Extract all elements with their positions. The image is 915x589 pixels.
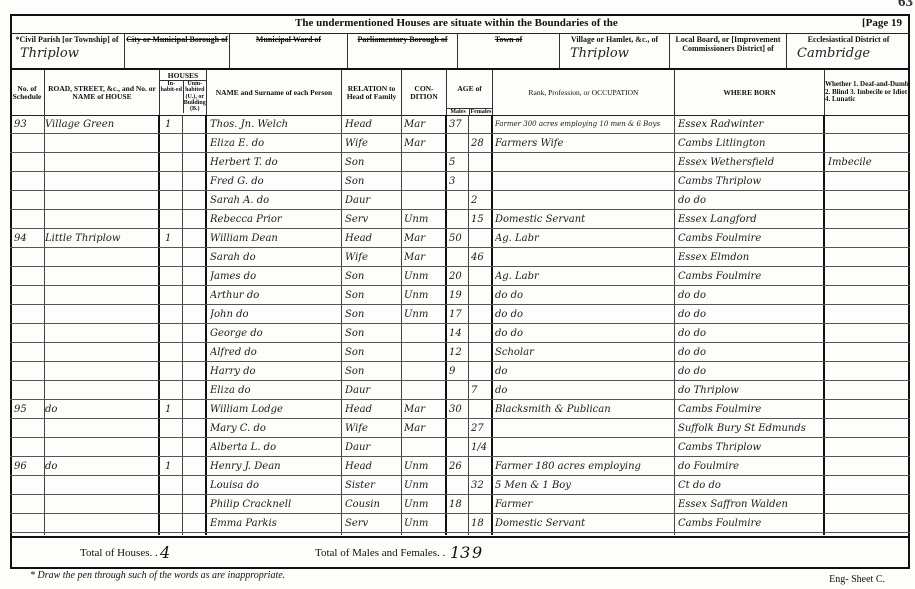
cell-infirm [828,382,908,399]
cell-schedule [14,344,44,361]
table-row: Mary C. doWifeMar27Suffolk Bury St Edmun… [10,419,910,438]
cell-born: Cambs Thriplow [678,173,824,190]
cell-female [471,363,492,380]
cell-name: Eliza E. do [210,135,340,152]
cell-relation: Son [345,363,401,380]
cell-inhab [165,420,181,437]
cell-inhab: 1 [165,401,181,418]
cell-condition: Unm [404,477,446,494]
cell-schedule [14,192,44,209]
header-age: AGE of Males Females [447,70,493,115]
cell-name: Alberta L. do [210,439,340,456]
cell-road [45,515,157,532]
cell-road [45,363,157,380]
cell-relation: Wife [345,135,401,152]
cell-schedule [14,211,44,228]
cell-schedule [14,173,44,190]
cell-inhab [165,211,181,228]
cell-born: Essex Elmdon [678,249,824,266]
cell-condition: Unm [404,268,446,285]
table-row: 94Little Thriplow1William DeanHeadMar50A… [10,229,910,248]
cell-male: 9 [449,363,468,380]
cell-born: do Foulmire [678,458,824,475]
table-row: Alfred doSon12Scholardo do [10,343,910,362]
cell-female: 28 [471,135,492,152]
cell-born: do Thriplow [678,382,824,399]
cell-relation: Head [345,116,401,133]
cell-name: Emma Parkis [210,515,340,532]
table-row: Emma ParkisServUnm18Domestic ServantCamb… [10,514,910,533]
table-row: Alberta L. doDaur1/4Cambs Thriplow [10,438,910,457]
cell-condition: Mar [404,401,446,418]
cell-born: Essex Radwinter [678,116,824,133]
cell-road [45,249,157,266]
cell-occupation: Scholar [495,344,673,361]
cell-schedule [14,287,44,304]
cell-infirm [828,344,908,361]
cell-female: 15 [471,211,492,228]
cell-road [45,135,157,152]
total-males-value: 13 [450,543,470,562]
town: Town of [458,33,560,69]
cell-road [45,344,157,361]
cell-name: William Dean [210,230,340,247]
cell-relation: Daur [345,382,401,399]
cell-relation: Wife [345,420,401,437]
cell-infirm [828,192,908,209]
cell-condition: Unm [404,287,446,304]
cell-name: James do [210,268,340,285]
cell-schedule [14,154,44,171]
cell-road [45,439,157,456]
cell-male: 19 [449,287,468,304]
cell-name: Sarah do [210,249,340,266]
banner: The undermentioned Houses are situate wi… [10,14,910,34]
cell-road [45,268,157,285]
cell-relation: Son [345,306,401,323]
cell-occupation [495,173,673,190]
cell-condition: Mar [404,420,446,437]
cell-female [471,458,492,475]
cell-male [449,515,468,532]
cell-relation: Daur [345,192,401,209]
cell-occupation [495,249,673,266]
cell-relation: Serv [345,211,401,228]
cell-name: Mary C. do [210,420,340,437]
cell-female: 32 [471,477,492,494]
cell-inhab [165,363,181,380]
cell-relation: Daur [345,439,401,456]
cell-condition [404,439,446,456]
cell-male: 26 [449,458,468,475]
cell-schedule [14,363,44,380]
census-page: 63 The undermentioned Houses are situate… [0,0,915,589]
cell-female [471,154,492,171]
cell-occupation: Domestic Servant [495,211,673,228]
cell-born: Cambs Thriplow [678,439,824,456]
cell-occupation: Blacksmith & Publican [495,401,673,418]
cell-infirm [828,230,908,247]
total-females-value: 9 [472,543,482,562]
cell-infirm [828,135,908,152]
cell-born: do do [678,325,824,342]
total-houses-value: 4 [160,543,170,562]
cell-occupation: Ag. Labr [495,268,673,285]
total-houses-label: Total of Houses. . [80,547,158,559]
table-row: Harry doSon9dodo do [10,362,910,381]
header-road: ROAD, STREET, &c., and No. or NAME of HO… [45,70,160,115]
cell-male: 14 [449,325,468,342]
footnote: * Draw the pen through such of the words… [30,570,285,581]
cell-schedule [14,249,44,266]
cell-road: Village Green [45,116,157,133]
cell-schedule [14,420,44,437]
cell-infirm [828,496,908,513]
cell-male: 5 [449,154,468,171]
cell-female [471,116,492,133]
parliamentary-borough: Parliamentary Borough of [348,33,458,69]
cell-relation: Wife [345,249,401,266]
cell-female: 27 [471,420,492,437]
cell-condition [404,173,446,190]
local-board: Local Board, or [Improvement Commissione… [670,33,787,69]
cell-relation: Son [345,173,401,190]
cell-inhab [165,325,181,342]
cell-occupation: Farmer 180 acres employing [495,458,673,475]
cell-inhab [165,154,181,171]
cell-condition [404,192,446,209]
village-hamlet: Village or Hamlet, &c., of Thriplow [560,33,670,69]
cell-relation: Sister [345,477,401,494]
cell-name: Philip Cracknell [210,496,340,513]
cell-occupation: Ag. Labr [495,230,673,247]
cell-condition: Unm [404,515,446,532]
table-row: Sarah doWifeMar46Essex Elmdon [10,248,910,267]
cell-infirm [828,439,908,456]
cell-relation: Head [345,401,401,418]
table-row: 95do1William LodgeHeadMar30Blacksmith & … [10,400,910,419]
cell-born: Cambs Foulmire [678,268,824,285]
cell-occupation: do [495,382,673,399]
cell-male: 20 [449,268,468,285]
cell-born: do do [678,306,824,323]
cell-relation: Serv [345,515,401,532]
sheet-label: Eng- Sheet C. [829,574,885,585]
cell-condition: Mar [404,249,446,266]
cell-occupation: 5 Men & 1 Boy [495,477,673,494]
cell-road [45,496,157,513]
table-row: Fred G. doSon3Cambs Thriplow [10,172,910,191]
table-row: 96do1Henry J. DeanHeadUnm26Farmer 180 ac… [10,457,910,476]
cell-condition [404,344,446,361]
cell-schedule: 96 [14,458,44,475]
cell-infirm [828,325,908,342]
cell-female: 2 [471,192,492,209]
cell-relation: Son [345,154,401,171]
cell-schedule [14,496,44,513]
cell-name: Herbert T. do [210,154,340,171]
cell-infirm: Imbecile [828,154,908,171]
cell-inhab [165,382,181,399]
cell-male [449,420,468,437]
cell-male: 3 [449,173,468,190]
cell-infirm [828,401,908,418]
cell-name: Fred G. do [210,173,340,190]
cell-schedule [14,477,44,494]
cell-infirm [828,211,908,228]
cell-inhab [165,249,181,266]
table-row: Eliza E. doWifeMar28Farmers WifeCambs Li… [10,134,910,153]
cell-occupation: Farmer [495,496,673,513]
cell-name: Sarah A. do [210,192,340,209]
cell-female [471,306,492,323]
cell-occupation: Domestic Servant [495,515,673,532]
cell-relation: Cousin [345,496,401,513]
cell-condition: Mar [404,135,446,152]
cell-female [471,230,492,247]
total-persons-label: Total of Males and Females. . [315,547,445,559]
cell-name: Eliza do [210,382,340,399]
cell-born: Ct do do [678,477,824,494]
cell-road [45,173,157,190]
cell-male: 17 [449,306,468,323]
cell-occupation [495,420,673,437]
cell-male [449,477,468,494]
cell-female [471,344,492,361]
cell-relation: Head [345,230,401,247]
cell-infirm [828,515,908,532]
cell-schedule [14,325,44,342]
cell-female: 7 [471,382,492,399]
cell-schedule [14,306,44,323]
cell-schedule [14,382,44,399]
table-row: Rebecca PriorServUnm15Domestic ServantEs… [10,210,910,229]
cell-male: 30 [449,401,468,418]
cell-schedule [14,439,44,456]
cell-schedule: 93 [14,116,44,133]
cell-inhab [165,287,181,304]
cell-male [449,135,468,152]
cell-condition [404,325,446,342]
cell-condition: Unm [404,458,446,475]
cell-condition [404,382,446,399]
cell-female: 18 [471,515,492,532]
municipal-borough: City or Municipal Borough of [125,33,230,69]
cell-born: Cambs Litlington [678,135,824,152]
cell-born: Essex Saffron Walden [678,496,824,513]
cell-female [471,173,492,190]
cell-infirm [828,477,908,494]
table-row: Arthur doSonUnm19do dodo do [10,286,910,305]
cell-born: Cambs Foulmire [678,515,824,532]
cell-inhab [165,135,181,152]
cell-occupation [495,192,673,209]
civil-parish: *Civil Parish [or Township] of Thriplow [10,33,125,69]
cell-road [45,477,157,494]
cell-schedule [14,515,44,532]
cell-relation: Son [345,268,401,285]
table-row: John doSonUnm17do dodo do [10,305,910,324]
cell-occupation: Farmers Wife [495,135,673,152]
table-row: Herbert T. doSon5Essex WethersfieldImbec… [10,153,910,172]
cell-male: 18 [449,496,468,513]
table-row: James doSonUnm20Ag. LabrCambs Foulmire [10,267,910,286]
cell-male: 37 [449,116,468,133]
cell-born: Essex Wethersfield [678,154,824,171]
cell-road [45,287,157,304]
cell-born: do do [678,363,824,380]
header-schedule: No. of Schedule [10,70,45,115]
totals-row: Total of Houses. . 4 Total of Males and … [10,536,910,569]
cell-name: John do [210,306,340,323]
cell-inhab [165,268,181,285]
banner-title: The undermentioned Houses are situate wi… [295,17,618,29]
cell-inhab [165,173,181,190]
cell-schedule [14,268,44,285]
table-row: Sarah A. doDaur2do do [10,191,910,210]
cell-occupation: Farmer 300 acres employing 10 men & 6 Bo… [495,116,673,133]
cell-name: George do [210,325,340,342]
cell-female [471,401,492,418]
header-relation: RELATION to Head of Family [342,70,402,115]
cell-occupation: do [495,363,673,380]
cell-relation: Son [345,287,401,304]
cell-road [45,382,157,399]
cell-inhab [165,515,181,532]
cell-born: do do [678,287,824,304]
cell-road [45,154,157,171]
cell-born: Essex Langford [678,211,824,228]
cell-name: Henry J. Dean [210,458,340,475]
cell-road: do [45,401,157,418]
cell-female [471,496,492,513]
cell-condition: Mar [404,230,446,247]
cell-born: Cambs Foulmire [678,230,824,247]
cell-inhab [165,192,181,209]
cell-condition: Unm [404,496,446,513]
table-row: George doSon14do dodo do [10,324,910,343]
cell-infirm [828,249,908,266]
table-row: Louisa doSisterUnm325 Men & 1 BoyCt do d… [10,476,910,495]
cell-inhab [165,477,181,494]
cell-inhab: 1 [165,230,181,247]
cell-infirm [828,268,908,285]
cell-born: Suffolk Bury St Edmunds [678,420,824,437]
table-row: 93Village Green1Thos. Jn. WelchHeadMar37… [10,115,910,134]
cell-inhab [165,496,181,513]
cell-road [45,211,157,228]
cell-schedule: 95 [14,401,44,418]
header-where-born: WHERE BORN [675,70,825,115]
cell-male [449,249,468,266]
cell-road [45,192,157,209]
cell-male [449,192,468,209]
cell-infirm [828,458,908,475]
cell-inhab: 1 [165,458,181,475]
cell-condition: Unm [404,211,446,228]
cell-road: do [45,458,157,475]
cell-condition [404,154,446,171]
cell-born: do do [678,192,824,209]
page-number: [Page 19 [862,17,902,29]
cell-male: 50 [449,230,468,247]
ecclesiastical-district: Ecclesiastical District of Cambridge [787,33,910,69]
cell-occupation: do do [495,325,673,342]
cell-infirm [828,116,908,133]
cell-inhab [165,306,181,323]
cell-schedule: 94 [14,230,44,247]
cell-condition: Unm [404,306,446,323]
cell-relation: Son [345,325,401,342]
cell-road [45,325,157,342]
header-condition: CON-DITION [402,70,447,115]
table-row: Philip CracknellCousinUnm18FarmerEssex S… [10,495,910,514]
header-name: NAME and Surname of each Person [207,70,342,115]
cell-infirm [828,420,908,437]
cell-name: Thos. Jn. Welch [210,116,340,133]
cell-occupation [495,154,673,171]
cell-occupation: do do [495,306,673,323]
cell-inhab: 1 [165,116,181,133]
cell-name: Alfred do [210,344,340,361]
cell-infirm [828,173,908,190]
cell-condition: Mar [404,116,446,133]
cell-female [471,287,492,304]
cell-inhab [165,344,181,361]
cell-name: Arthur do [210,287,340,304]
cell-occupation: do do [495,287,673,304]
cell-road: Little Thriplow [45,230,157,247]
cell-name: William Lodge [210,401,340,418]
header-occupation: Rank, Profession, or OCCUPATION [493,70,675,115]
cell-born: Cambs Foulmire [678,401,824,418]
cell-male [449,382,468,399]
cell-road [45,306,157,323]
cell-female: 1/4 [471,439,492,456]
cell-name: Harry do [210,363,340,380]
cell-condition [404,363,446,380]
cell-infirm [828,363,908,380]
cell-male [449,211,468,228]
cell-occupation [495,439,673,456]
header-infirmity: Whether 1. Deaf-and-Dumb 2. Blind 3. Imb… [825,70,910,115]
cell-relation: Son [345,344,401,361]
municipal-ward: Municipal Ward of [230,33,348,69]
folio-number: 63 [898,0,913,11]
cell-infirm [828,287,908,304]
cell-male: 12 [449,344,468,361]
header-houses: HOUSES In-habit-ed Unin-habited (U.), or… [160,70,207,115]
cell-female [471,325,492,342]
cell-schedule [14,135,44,152]
table-row: Eliza doDaur7dodo Thriplow [10,381,910,400]
cell-relation: Head [345,458,401,475]
cell-female [471,268,492,285]
cell-born: do do [678,344,824,361]
cell-inhab [165,439,181,456]
cell-male [449,439,468,456]
cell-infirm [828,306,908,323]
cell-female: 46 [471,249,492,266]
cell-road [45,420,157,437]
cell-name: Louisa do [210,477,340,494]
cell-name: Rebecca Prior [210,211,340,228]
